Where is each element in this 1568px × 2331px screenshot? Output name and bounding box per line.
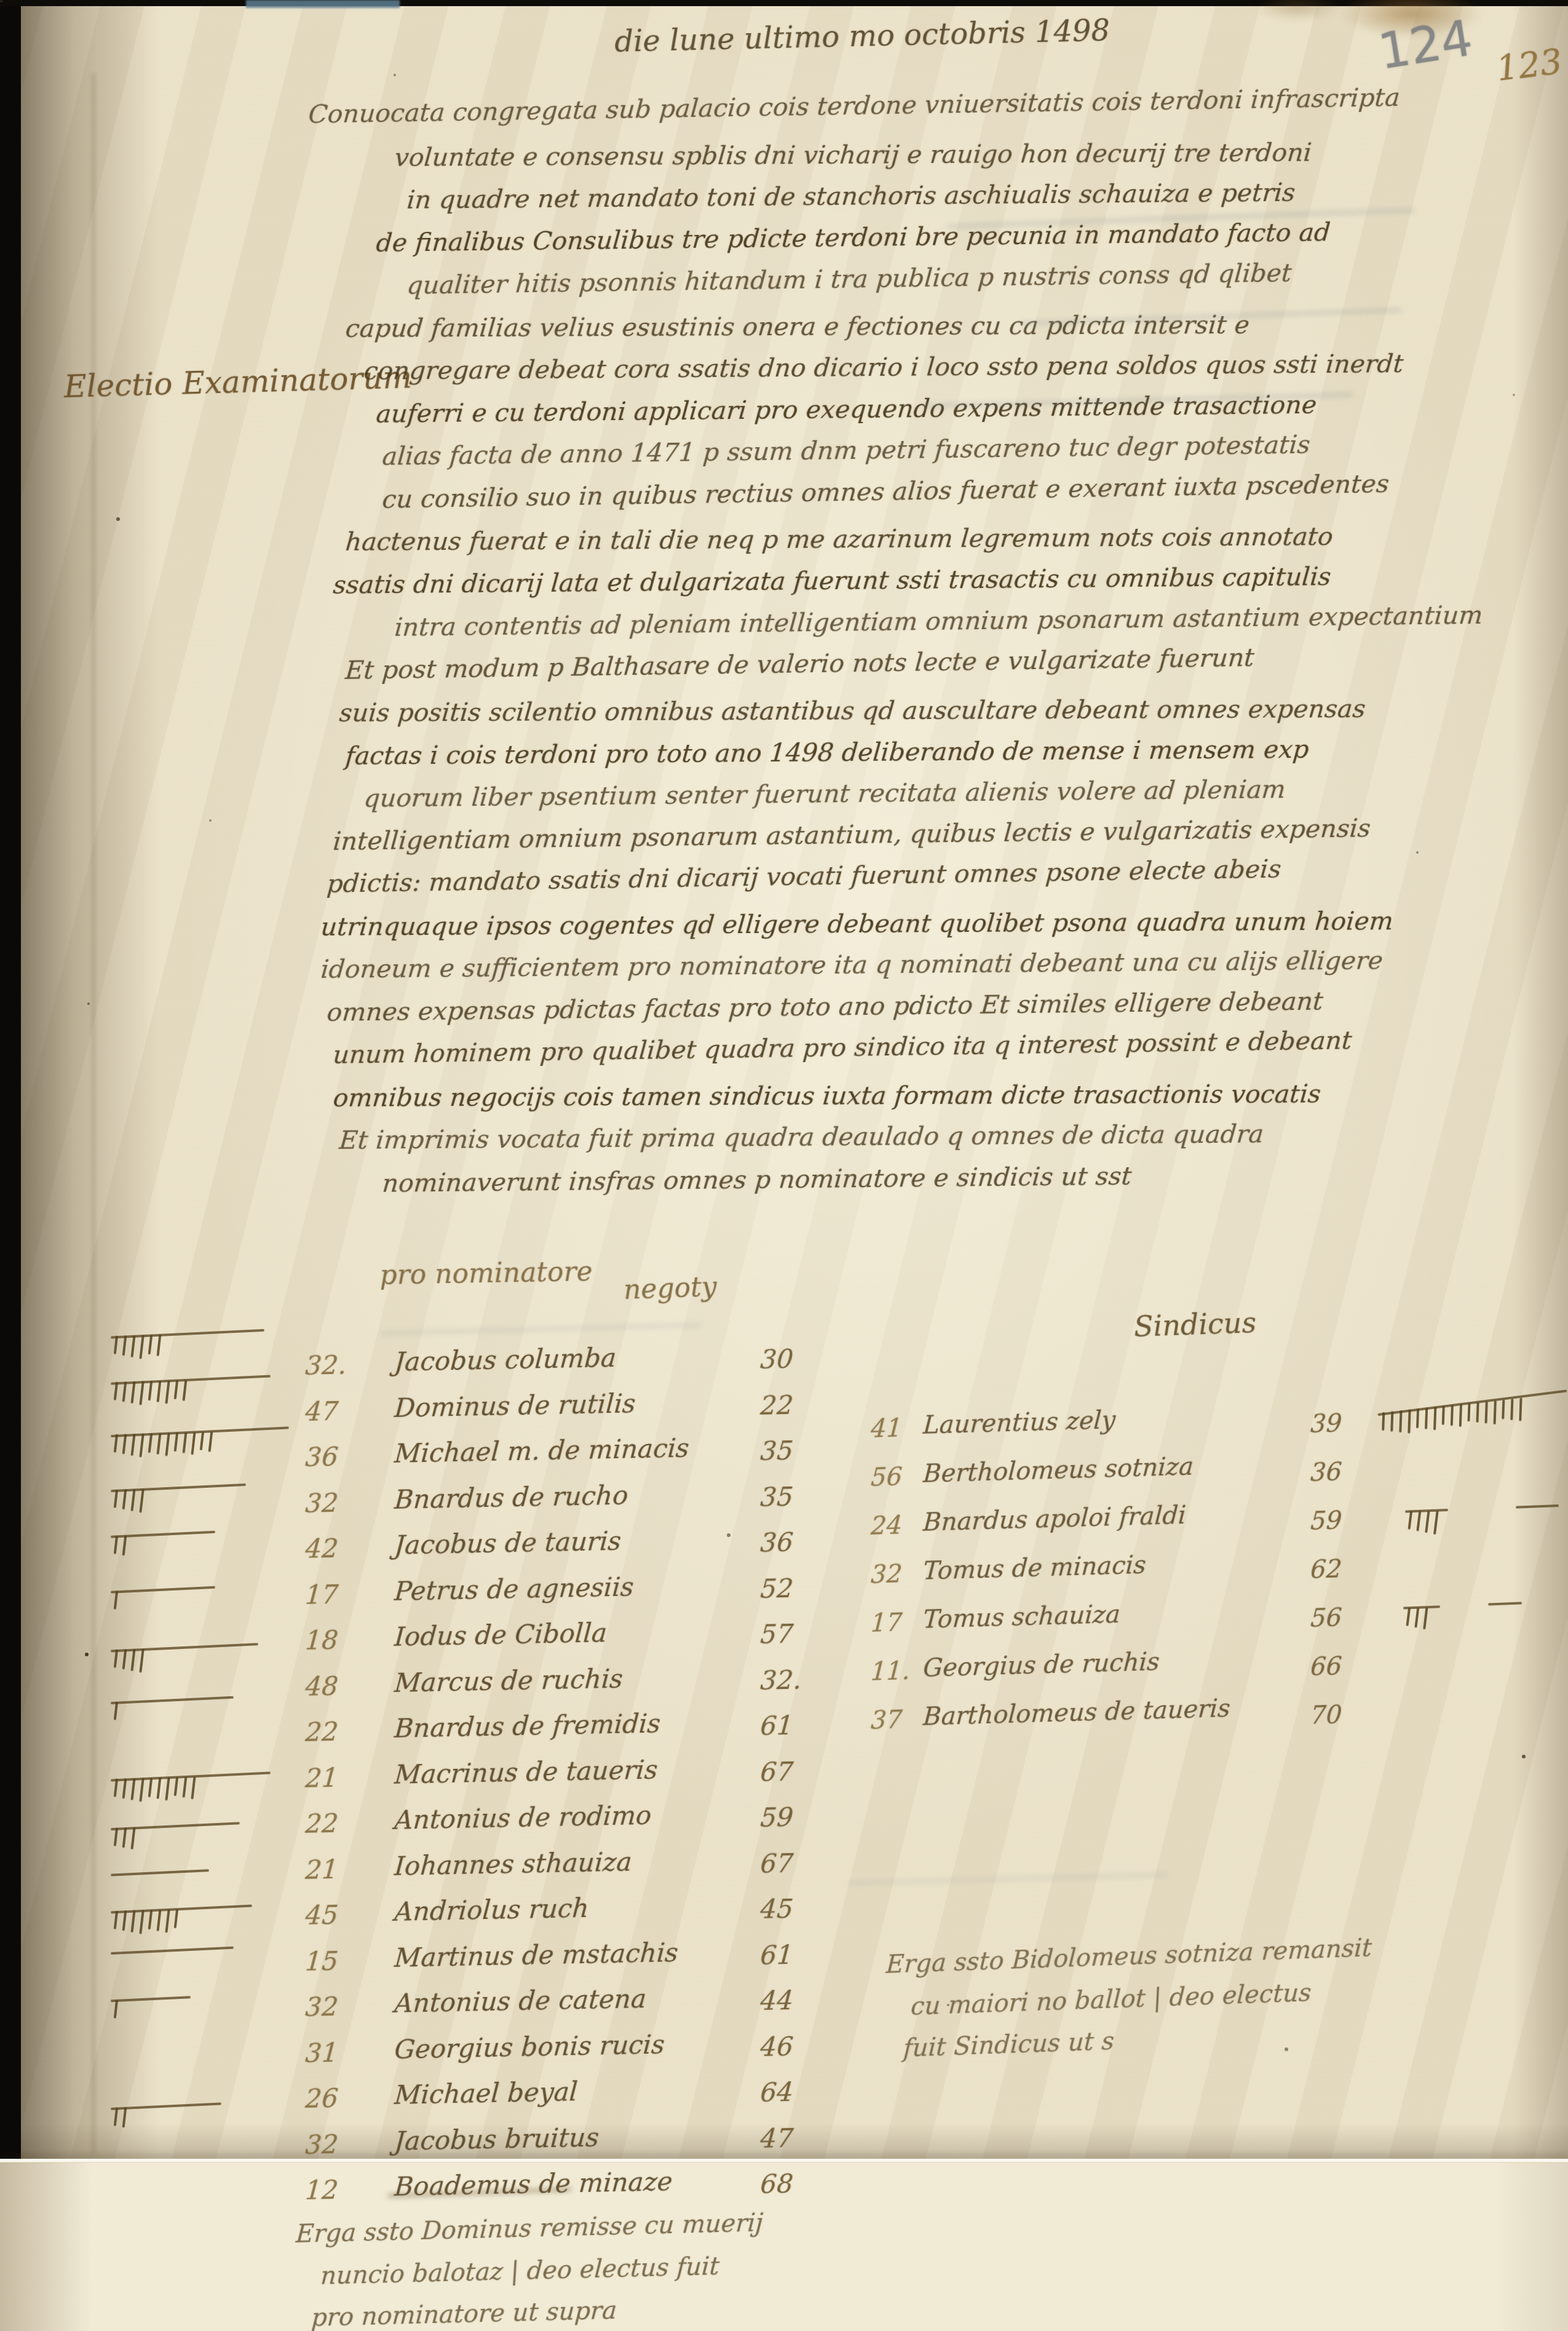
body-line: voluntate e consensu spblis dni vicharij… [394, 137, 1313, 172]
tally-stroke [174, 1432, 178, 1451]
vote-count-pre: 45 [304, 1900, 339, 1931]
vote-count-post: 57 [759, 1619, 794, 1650]
vote-count-pre: 56 [870, 1463, 903, 1492]
candidate-name: Petrus de agnesiis [394, 1571, 635, 1606]
candidate-name: Jacobus columba [394, 1343, 617, 1377]
body-line: capud familias velius esustinis onera e … [344, 309, 1251, 343]
tally-group [111, 1906, 253, 1937]
tally-stroke [122, 1335, 127, 1356]
paper-speckles [0, 0, 2, 2]
vote-count-post: 67 [759, 1756, 794, 1787]
vote-count-pre: 17 [304, 1579, 339, 1610]
tally-stroke [157, 1433, 162, 1455]
tally-stroke [114, 1591, 118, 1610]
vote-count-pre: 47 [304, 1396, 339, 1426]
tally-stroke [1414, 1607, 1419, 1627]
tally-stroke [1416, 1511, 1421, 1531]
tally-stroke [165, 1909, 170, 1932]
book-gutter-dark-edge [0, 0, 21, 2160]
vote-count-post: 47 [759, 2123, 794, 2153]
candidate-name: Jacobus de tauris [394, 1526, 622, 1560]
tally-stroke [174, 1909, 178, 1928]
vote-count-post: 61 [759, 1710, 794, 1741]
vote-count-post: 64 [759, 2077, 794, 2108]
vote-count-pre: 32 [304, 1487, 339, 1518]
tally-stroke [1451, 1405, 1454, 1426]
tally-stroke [114, 1536, 118, 1554]
vote-count-post: 36 [759, 1527, 794, 1558]
tally-line [1516, 1504, 1559, 1509]
vote-count-pre: 32 [870, 1560, 903, 1589]
right-list-header-sindicus: Sindicus [1133, 1306, 1257, 1343]
tally-stroke [1467, 1403, 1470, 1421]
body-line: suis positis scilentio omnibus astantibu… [338, 694, 1367, 728]
tally-stroke [130, 1335, 135, 1357]
tally-stroke [122, 1649, 127, 1669]
vote-count-pre: 11. [870, 1657, 911, 1686]
tally-stroke [148, 1777, 153, 1797]
tally-stroke [183, 1777, 188, 1798]
tally-stroke [165, 1380, 170, 1404]
left-list-header-pro-nominatore: pro nominatore [379, 1256, 593, 1291]
vote-count-post: 67 [759, 1848, 794, 1878]
tally-stroke [122, 1910, 127, 1931]
vote-count-post: 22 [759, 1389, 794, 1420]
tally-stroke [157, 1335, 162, 1356]
tally-group [111, 2103, 222, 2134]
vote-count-pre: 24 [870, 1511, 903, 1541]
vote-count-pre: 32 [304, 1991, 339, 2022]
candidate-name: Bnardus de rucho [394, 1480, 629, 1514]
tally-stroke [1433, 1407, 1436, 1430]
vote-count-pre: 41 [870, 1414, 903, 1443]
vote-count-post: 44 [759, 1985, 794, 2016]
vote-count-post: 46 [759, 2031, 794, 2062]
tally-stroke [191, 1432, 196, 1455]
candidate-name: Bnardus de fremidis [394, 1709, 662, 1744]
folio-number-ink: 123 [1494, 41, 1564, 89]
tally-stroke [114, 1490, 118, 1508]
tally-stroke [130, 1649, 135, 1671]
vote-count-pre: 12 [304, 2175, 339, 2206]
tally-group [111, 1824, 240, 1854]
tally-stroke [139, 1910, 144, 1934]
tally-stroke [174, 1380, 178, 1399]
tally-stroke [1510, 1399, 1513, 1420]
tally-group [111, 1428, 290, 1460]
vote-count-post: 59 [759, 1802, 794, 1833]
tally-stroke [122, 1434, 127, 1454]
vote-count-pre: 22 [304, 1717, 339, 1747]
tally-stroke [130, 1778, 135, 1800]
photo-seam-line [0, 2159, 1568, 2162]
vote-count-post: 68 [759, 2169, 794, 2199]
tally-stroke [1416, 1408, 1419, 1428]
tally-stroke [122, 1489, 127, 1509]
tally-stroke [1423, 1607, 1428, 1629]
vote-count-pre: 21 [304, 1854, 339, 1884]
tally-stroke [148, 1381, 153, 1400]
tally-stroke [1519, 1398, 1522, 1421]
tally-group [111, 1698, 234, 1728]
vote-count-post: 35 [759, 1481, 794, 1512]
vote-count-post: 59 [1310, 1506, 1343, 1536]
vote-count-pre: 22 [304, 1808, 339, 1839]
tally-stroke [1408, 1410, 1411, 1434]
tally-line [1488, 1602, 1522, 1605]
body-line: factas i cois terdoni pro toto ano 1498 … [344, 734, 1310, 771]
tally-group [111, 1485, 247, 1515]
tally-stroke [157, 1910, 162, 1931]
tally-stroke [1459, 1404, 1462, 1427]
tally-stroke [130, 1434, 135, 1456]
tally-group [111, 1532, 216, 1562]
candidate-name: Iohannes sthauiza [394, 1846, 633, 1881]
tally-stroke [1494, 1400, 1497, 1424]
tally-stroke [139, 1489, 144, 1513]
tally-stroke [157, 1381, 162, 1402]
vote-count-pre: 17 [870, 1608, 903, 1638]
tally-stroke [1406, 1608, 1411, 1626]
vote-count-pre: 31 [304, 2037, 339, 2068]
vote-count-post: 36 [1310, 1458, 1343, 1487]
tally-stroke [183, 1380, 188, 1401]
candidate-name: Georgius bonis rucis [394, 2029, 666, 2065]
tally-stroke [139, 1335, 144, 1359]
vote-count-post: 62 [1310, 1555, 1343, 1584]
tally-stroke [122, 1778, 127, 1798]
vote-count-post: 61 [759, 1939, 794, 1970]
candidate-name: Antonius de catena [394, 1984, 647, 2019]
vote-count-pre: 21 [304, 1762, 339, 1793]
candidate-name: Iodus de Cibolla [394, 1618, 608, 1652]
tally-group [1405, 1509, 1449, 1537]
vote-count-pre: 15 [304, 1945, 339, 1976]
tally-stroke [130, 1910, 135, 1932]
tally-group [111, 1645, 259, 1675]
vote-count-pre: 36 [304, 1442, 339, 1472]
tally-stroke [139, 1434, 144, 1458]
tally-stroke [1408, 1511, 1412, 1530]
tally-stroke [114, 2108, 118, 2126]
tally-stroke [191, 1776, 196, 1799]
vote-count-pre: 32. [304, 1350, 347, 1381]
tally-stroke [148, 1433, 153, 1453]
tally-stroke [1382, 1412, 1385, 1431]
candidate-name: Martinus de mstachis [394, 1937, 679, 1973]
tally-stroke [165, 1777, 170, 1800]
candidate-name: Michael m. de minacis [394, 1433, 690, 1469]
tally-stroke [122, 1381, 127, 1402]
vote-count-pre: 32 [304, 2129, 339, 2159]
tally-stroke [122, 1535, 127, 1555]
tally-stroke [174, 1777, 178, 1796]
vote-count-post: 35 [759, 1436, 794, 1466]
vote-count-pre: 42 [304, 1533, 339, 1564]
candidate-name: Michael beyal [394, 2076, 579, 2110]
tally-stroke [1484, 1401, 1487, 1423]
vote-count-pre: 18 [304, 1625, 339, 1656]
tally-stroke [114, 1911, 118, 1929]
tally-stroke [1390, 1412, 1393, 1432]
tally-group [111, 1948, 234, 1978]
tally-stroke [183, 1432, 188, 1453]
candidate-name: Antonius de rodimo [394, 1800, 652, 1835]
body-line: omnibus negocijs cois tamen sindicus iux… [332, 1079, 1322, 1113]
manuscript-page-scan: die lune ultimo mo octobris 1498 124 123… [0, 0, 1568, 2331]
tally-group [111, 1870, 210, 1900]
body-line: utrinquaque ipsos cogentes qd elligere d… [320, 906, 1395, 942]
vote-count-pre: 48 [304, 1670, 339, 1701]
tally-stroke [1425, 1511, 1430, 1533]
tally-stroke [130, 1827, 135, 1849]
tally-group [111, 1773, 271, 1805]
vote-count-post: 66 [1310, 1652, 1343, 1682]
vote-count-post: 52 [759, 1573, 794, 1603]
vote-count-post: 32. [759, 1664, 802, 1695]
tally-stroke [139, 1649, 144, 1673]
tally-group [1516, 1505, 1559, 1533]
vote-count-post: 30 [759, 1344, 794, 1375]
candidate-name: Jacobus bruitus [394, 2122, 600, 2156]
left-list-header-negoty: negoty [623, 1271, 717, 1306]
tally-stroke [114, 1702, 118, 1720]
tally-stroke [165, 1432, 170, 1456]
candidate-name: Macrinus de taueris [394, 1754, 659, 1789]
tally-stroke [114, 1828, 118, 1846]
tally-group [1488, 1602, 1522, 1630]
tally-stroke [130, 1381, 135, 1404]
tally-stroke [157, 1777, 162, 1799]
tally-stroke [130, 1489, 135, 1511]
tally-stroke [200, 1432, 204, 1450]
tally-stroke [139, 1381, 144, 1405]
tally-group [1403, 1606, 1441, 1634]
tally-stroke [1425, 1408, 1428, 1429]
tally-group [111, 1376, 271, 1408]
vote-count-post: 56 [1310, 1603, 1343, 1633]
tally-stroke [139, 1778, 144, 1802]
tally-group [111, 1587, 216, 1617]
candidate-name: Boademus de minaze [394, 2166, 673, 2202]
tally-stroke [122, 1827, 127, 1848]
vote-count-post: 70 [1310, 1701, 1343, 1730]
tally-stroke [122, 2107, 127, 2127]
vote-count-post: 39 [1310, 1409, 1343, 1439]
scan-top-blue-sliver [246, 0, 400, 8]
candidate-name: Dominus de rutilis [394, 1388, 636, 1423]
candidate-name: Laurentius zely [922, 1406, 1116, 1440]
body-line: hactenus fuerat e in tali die neq p me a… [344, 522, 1334, 557]
vote-count-post: 45 [759, 1894, 794, 1924]
tally-stroke [114, 2000, 118, 2019]
tally-stroke [148, 1335, 153, 1354]
tally-group [111, 1997, 191, 2026]
tally-group [111, 1330, 265, 1362]
candidate-name: Marcus de ruchis [394, 1663, 624, 1698]
candidate-name: Andriolus ruch [394, 1893, 590, 1927]
vote-count-pre: 37 [870, 1706, 903, 1735]
tally-stroke [1476, 1402, 1479, 1423]
tally-stroke [148, 1910, 153, 1929]
candidate-name: Tomus schauiza [922, 1600, 1121, 1634]
tally-stroke [1433, 1511, 1439, 1535]
tally-stroke [1442, 1406, 1445, 1425]
tally-stroke [208, 1432, 213, 1452]
tally-stroke [1502, 1400, 1505, 1420]
tally-stroke [1399, 1410, 1402, 1432]
vote-count-pre: 26 [304, 2083, 339, 2114]
